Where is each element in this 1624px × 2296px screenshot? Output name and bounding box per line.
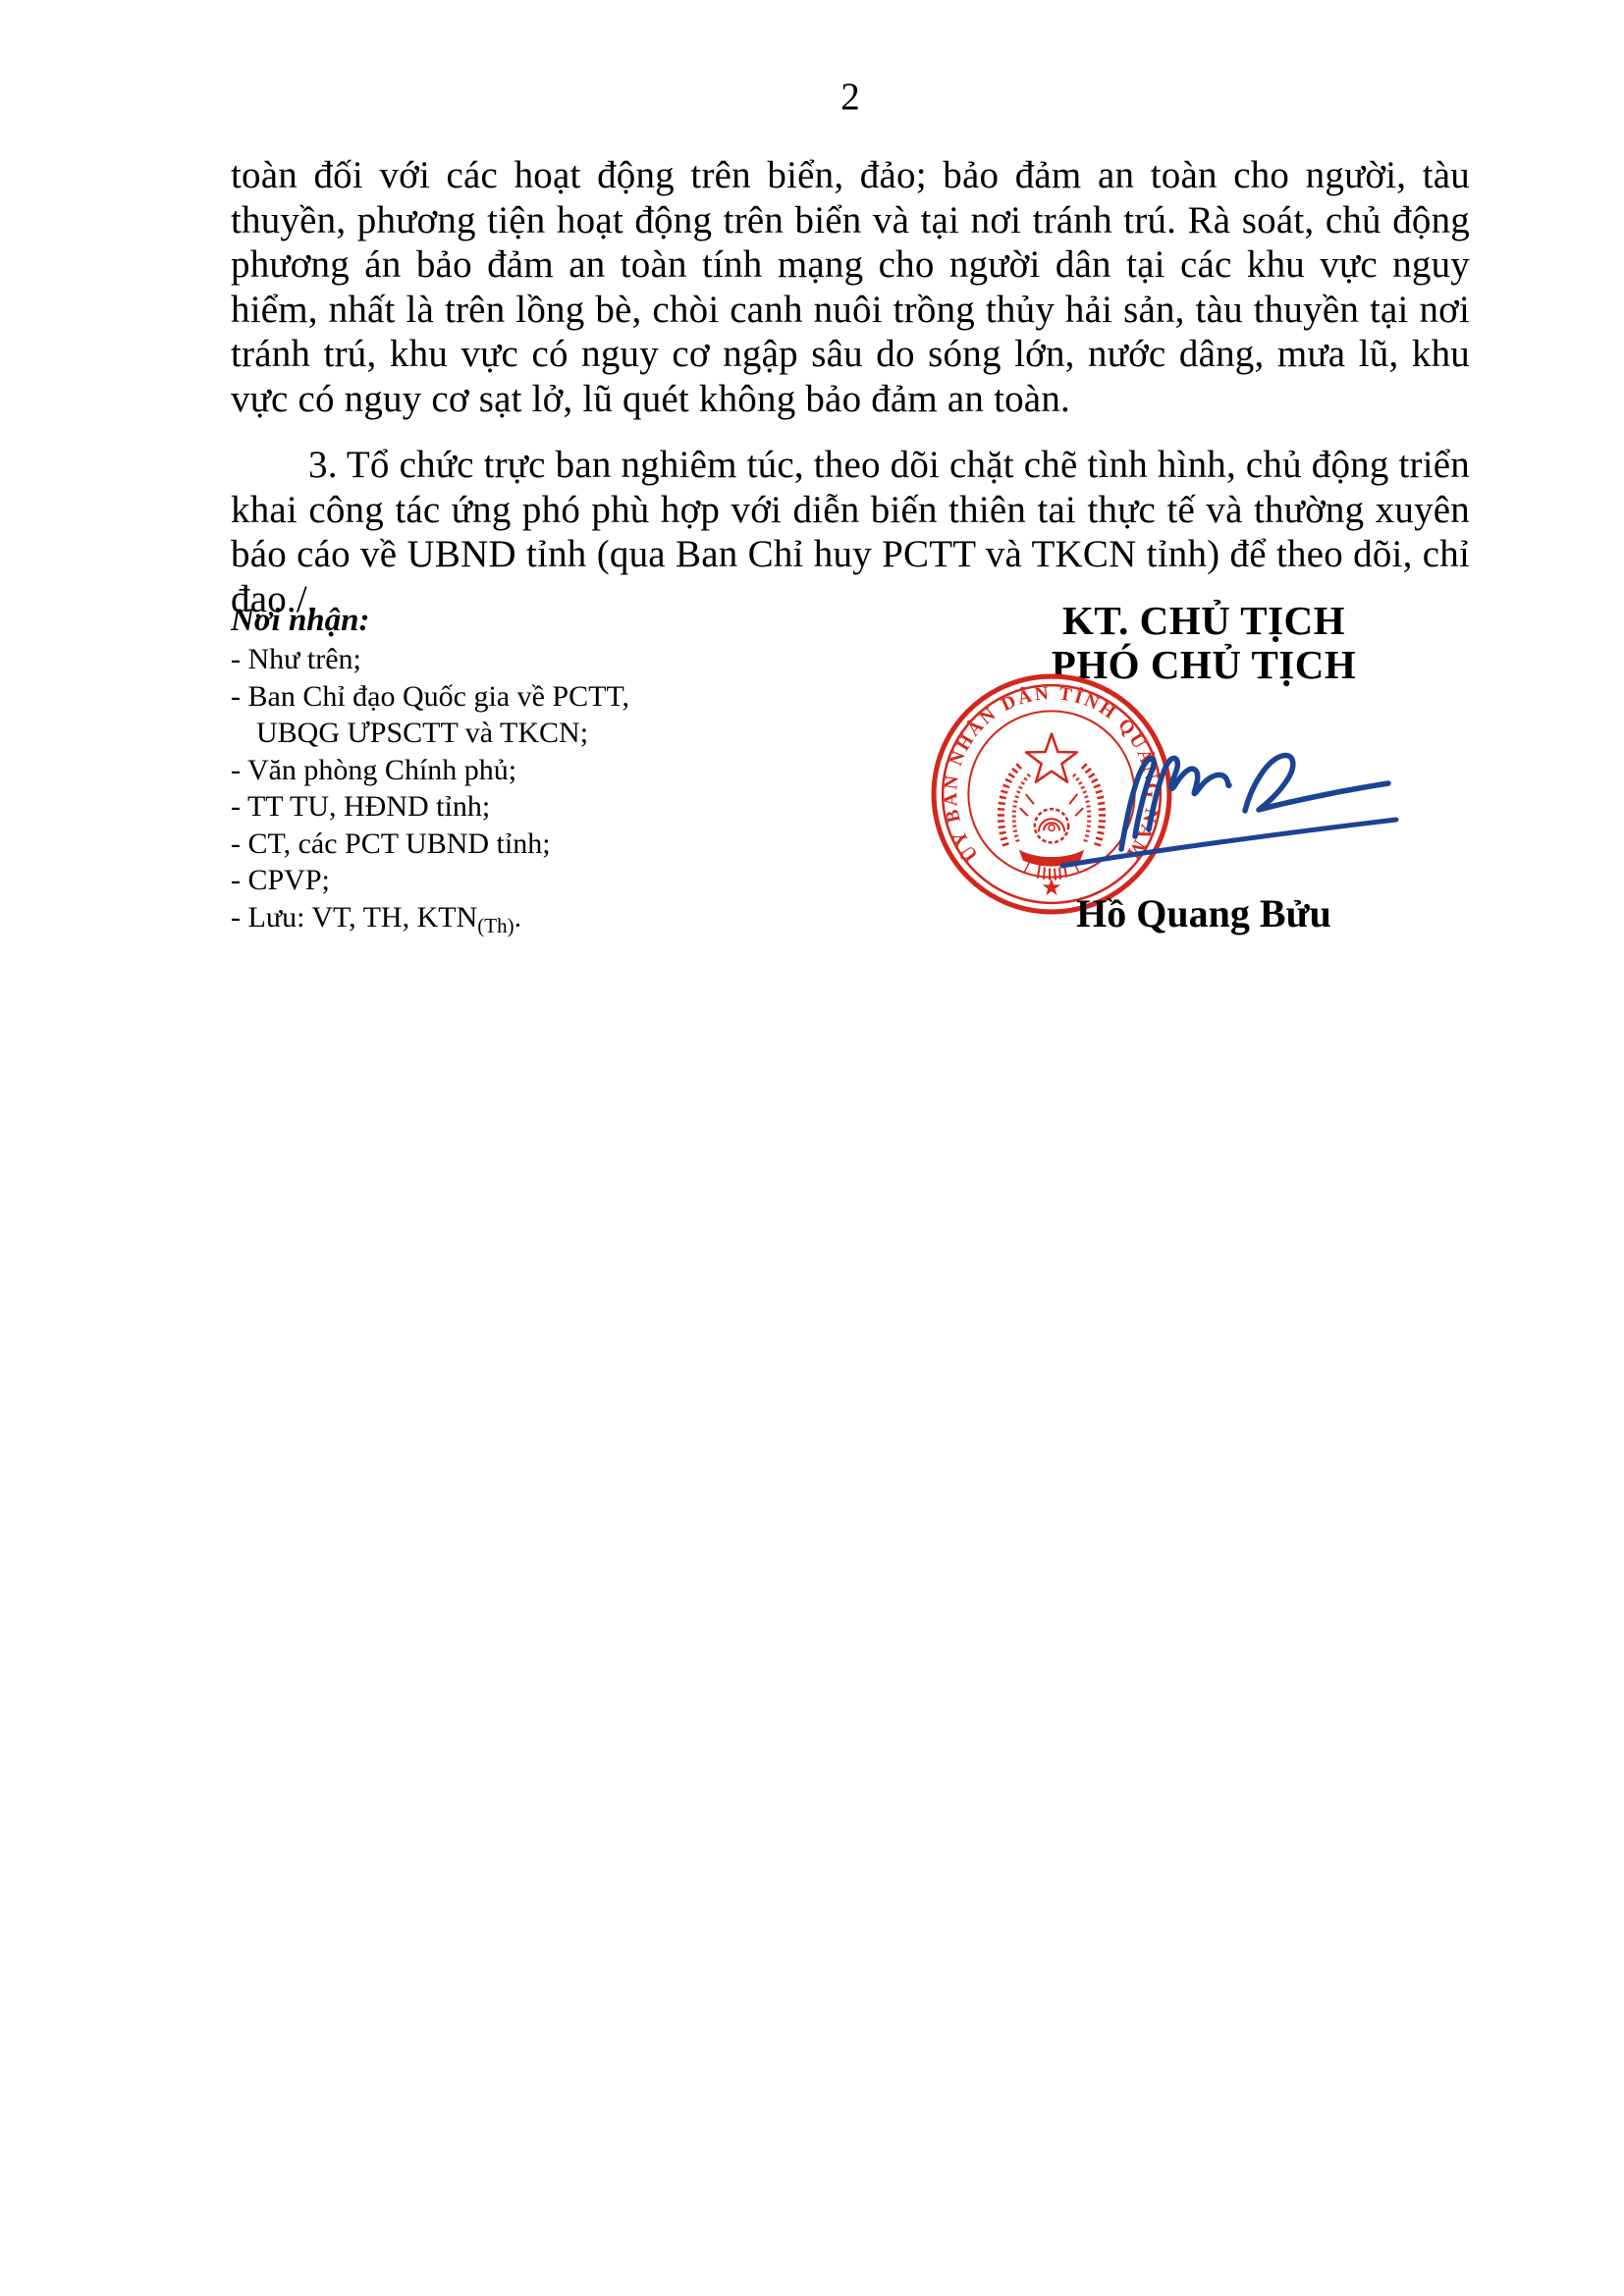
document-page: 2 toàn đối với các hoạt động trên biển, …: [0, 0, 1624, 2296]
recipient-item: - TT TU, HĐND tỉnh;: [231, 788, 781, 826]
recipient-item: - Văn phòng Chính phủ;: [231, 752, 781, 789]
body-paragraph-2: 3. Tổ chức trực ban nghiêm túc, theo dõi…: [231, 443, 1470, 621]
recipient-item: - Ban Chỉ đạo Quốc gia về PCTT,: [231, 678, 781, 716]
recipient-item: - CPVP;: [231, 862, 781, 899]
signature-monogram-stroke1: [1121, 759, 1154, 849]
recipient-item: UBQG ƯPSCTT và TKCN;: [231, 715, 781, 752]
recipients-block: Nơi nhận: - Như trên;- Ban Chỉ đạo Quốc …: [231, 601, 781, 944]
recipients-list: - Như trên;- Ban Chỉ đạo Quốc gia về PCT…: [231, 641, 781, 944]
signature-underline-stroke: [1062, 820, 1396, 866]
recipient-item: - CT, các PCT UBND tỉnh;: [231, 826, 781, 863]
signer-name: Hồ Quang Bửu: [992, 891, 1416, 936]
signature-monogram-stroke2: [1149, 758, 1229, 829]
body-paragraph-1: toàn đối với các hoạt động trên biển, đả…: [231, 153, 1470, 421]
handwritten-signature: [1001, 717, 1414, 883]
recipients-heading: Nơi nhận:: [231, 601, 781, 640]
recipient-item: - Như trên;: [231, 641, 781, 678]
page-number: 2: [231, 75, 1470, 119]
signature-title-line1: KT. CHỦ TỊCH: [992, 599, 1416, 643]
recipient-item-subscript: (Th): [477, 914, 514, 937]
signature-flourish-stroke: [1245, 756, 1388, 811]
recipient-item: - Lưu: VT, TH, KTN(Th).: [231, 899, 781, 945]
